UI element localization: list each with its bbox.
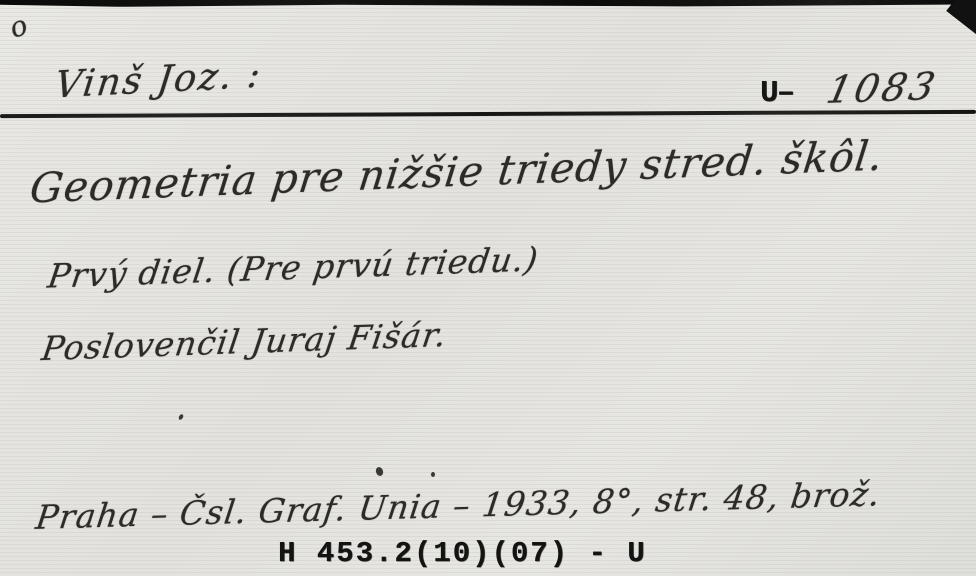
ink-speck: [375, 466, 385, 477]
imprint-line: Praha – Čsl. Graf. Unia – 1933, 8°, str.…: [34, 474, 884, 537]
author-heading: Vinš Joz. :: [52, 52, 264, 106]
call-number-prefix-stamp: U–: [760, 76, 793, 111]
scanner-edge-top: [0, 0, 976, 8]
title-line: Geometria pre nižšie triedy stred. škôl.: [27, 131, 886, 212]
ink-speck: [178, 413, 184, 420]
catalog-card-scan: o Vinš Joz. : U– 1083 Geometria pre nižš…: [0, 0, 976, 576]
scanner-edge-corner: [946, 0, 976, 36]
classification-stamp: H 453.2(10)(07) - U: [278, 537, 647, 570]
ink-speck: [431, 472, 435, 477]
heading-rule-line: [0, 110, 976, 118]
call-number-handwritten: 1083: [823, 64, 942, 112]
part-statement-line: Prvý diel. (Pre prvú triedu.): [45, 239, 541, 295]
translator-line: Poslovenčil Juraj Fišár.: [39, 315, 449, 368]
corner-ink-mark: o: [5, 8, 31, 45]
